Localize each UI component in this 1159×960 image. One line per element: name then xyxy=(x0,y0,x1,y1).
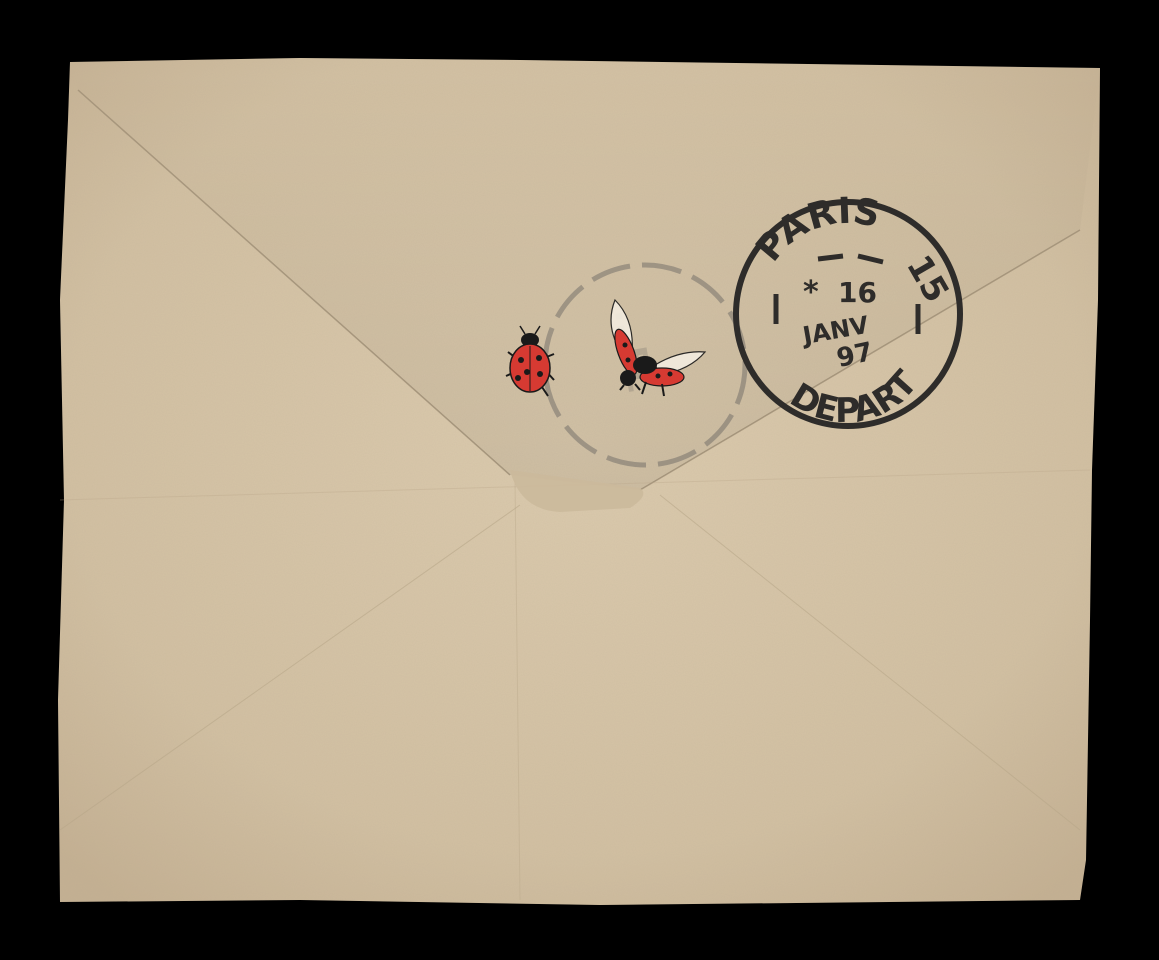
envelope-illustration: ...EL PARIS 15 * 16 JANV 97 DEPART xyxy=(0,0,1159,960)
postmark-star: * xyxy=(803,275,819,310)
postmark-day: 16 xyxy=(838,276,877,309)
photo-scene: ...EL PARIS 15 * 16 JANV 97 DEPART xyxy=(0,0,1159,960)
